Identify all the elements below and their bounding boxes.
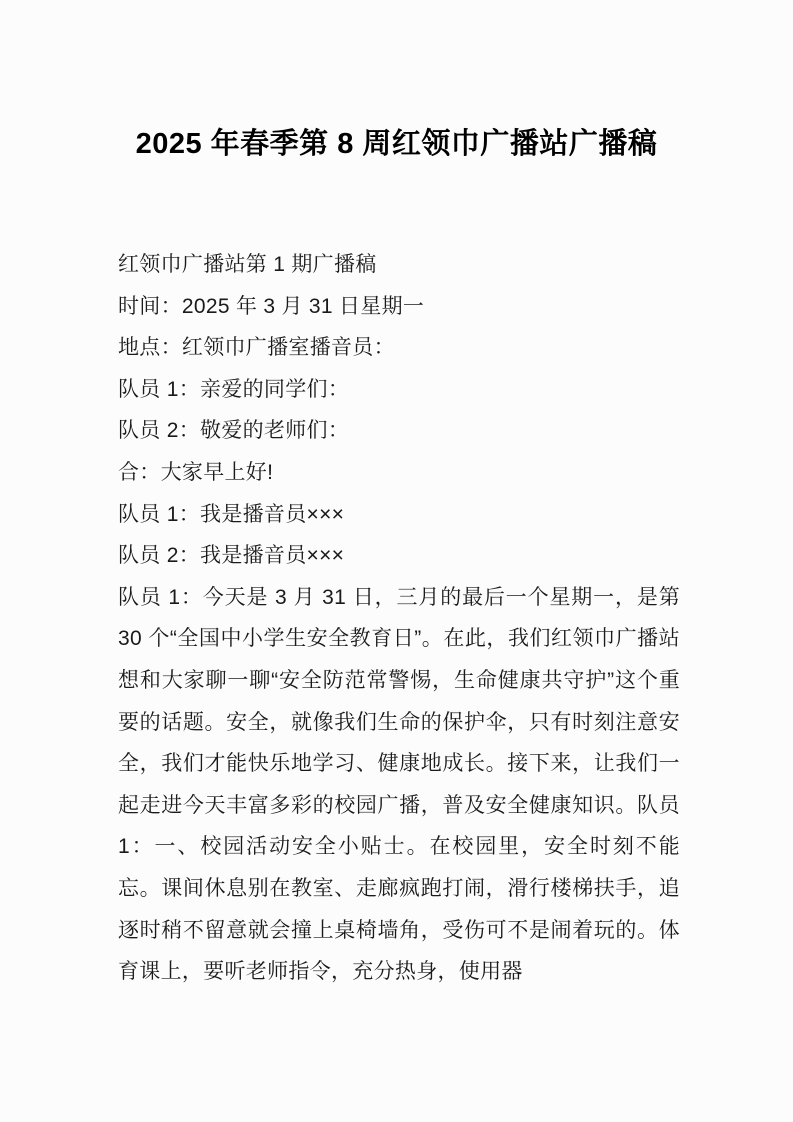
paragraph-time: 时间：2025 年 3 月 31 日星期一 — [118, 286, 680, 328]
paragraph-issue-heading: 红领巾广播站第 1 期广播稿 — [118, 244, 680, 286]
paragraph-together-greeting: 合：大家早上好! — [118, 452, 680, 494]
paragraph-location: 地点：红领巾广播室播音员： — [118, 327, 680, 369]
paragraph-main-body: 队员 1：今天是 3 月 31 日，三月的最后一个星期一，是第 30 个“全国中… — [118, 577, 680, 993]
paragraph-member1-intro: 队员 1：我是播音员××× — [118, 494, 680, 536]
paragraph-member1-greeting: 队员 1：亲爱的同学们： — [118, 369, 680, 411]
document-body: 红领巾广播站第 1 期广播稿 时间：2025 年 3 月 31 日星期一 地点：… — [0, 244, 793, 993]
paragraph-member2-intro: 队员 2：我是播音员××× — [118, 535, 680, 577]
paragraph-member2-greeting: 队员 2：敬爱的老师们： — [118, 410, 680, 452]
document-page: 2025 年春季第 8 周红领巾广播站广播稿 红领巾广播站第 1 期广播稿 时间… — [0, 0, 793, 1122]
document-title: 2025 年春季第 8 周红领巾广播站广播稿 — [0, 0, 793, 166]
